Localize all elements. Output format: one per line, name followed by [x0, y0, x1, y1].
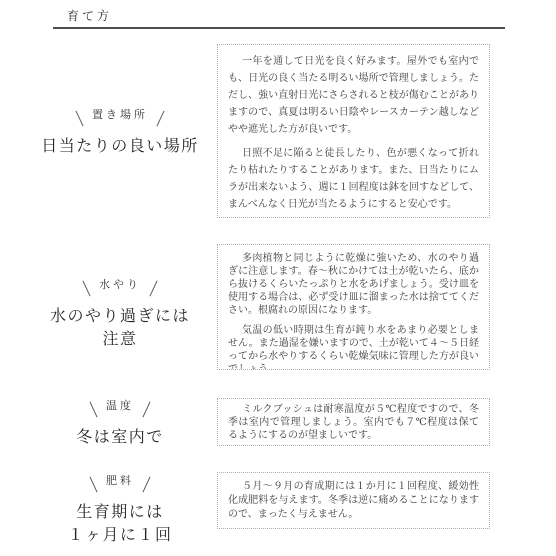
section-title: 水のやり過ぎには 注意: [20, 304, 220, 350]
section-title: 日当たりの良い場所: [20, 134, 220, 157]
paragraph: 日照不足に陥ると徒長したり、色が悪くなって折れたり枯れたりすることがあります。ま…: [228, 145, 479, 213]
section-title: 冬は室内で: [20, 425, 220, 448]
slash-right-icon: [142, 476, 150, 492]
section-title-line: 水のやり過ぎには: [20, 304, 220, 327]
care-note-watering: 多肉植物と同じように乾燥に強いため、水のやり過ぎに注意します。春～秋にかけては土…: [217, 244, 490, 370]
section-title-line: 冬は室内で: [20, 425, 220, 448]
care-note-fertilizer: ５月～９月の育成期には１か月に１回程度、緩効性化成肥料を与えます。冬季は逆に痛め…: [217, 472, 490, 529]
section-heading-watering: 水やり 水のやり過ぎには 注意: [20, 274, 220, 350]
section-heading-fertilizer: 肥料 生育期には １ヶ月に１回: [20, 470, 220, 546]
paragraph: 気温の低い時期は生育が鈍り水をあまり必要としません。また過湿を嫌いますので、土が…: [228, 324, 479, 370]
section-title: 生育期には １ヶ月に１回: [20, 500, 220, 546]
care-note-temperature: ミルクブッシュは耐寒温度が５℃程度ですので、冬季は室内で管理しましょう。室内でも…: [217, 398, 490, 446]
section-label: 肥料: [106, 472, 134, 488]
slash-right-icon: [156, 110, 164, 126]
section-label-row: 置き場所: [20, 104, 220, 124]
section-label-row: 肥料: [20, 470, 220, 490]
title-divider: [53, 27, 505, 29]
page-title: 育て方: [67, 7, 112, 24]
care-guide-page: 育て方 置き場所 日当たりの良い場所 一年を通して日光を良く好みます。屋外でも室…: [0, 0, 556, 556]
paragraph: ５月～９月の育成期には１か月に１回程度、緩効性化成肥料を与えます。冬季は逆に痛め…: [228, 480, 479, 522]
slash-left-icon: [75, 110, 83, 126]
section-title-line: 生育期には: [20, 500, 220, 523]
slash-left-icon: [89, 401, 97, 417]
section-label: 水やり: [99, 276, 141, 292]
section-heading-temperature: 温度 冬は室内で: [20, 395, 220, 448]
paragraph: ミルクブッシュは耐寒温度が５℃程度ですので、冬季は室内で管理しましょう。室内でも…: [228, 403, 479, 442]
section-label-row: 温度: [20, 395, 220, 415]
section-title-line: １ヶ月に１回: [20, 523, 220, 546]
slash-left-icon: [89, 476, 97, 492]
slash-left-icon: [82, 280, 90, 296]
section-label: 温度: [106, 397, 134, 413]
section-title-line: 注意: [20, 327, 220, 350]
section-title-line: 日当たりの良い場所: [20, 134, 220, 157]
section-label: 置き場所: [92, 106, 148, 122]
slash-right-icon: [142, 401, 150, 417]
section-heading-placement: 置き場所 日当たりの良い場所: [20, 104, 220, 157]
care-note-placement: 一年を通して日光を良く好みます。屋外でも室内でも、日光の良く当たる明るい場所で管…: [217, 44, 490, 218]
paragraph: 一年を通して日光を良く好みます。屋外でも室内でも、日光の良く当たる明るい場所で管…: [228, 53, 479, 138]
paragraph: 多肉植物と同じように乾燥に強いため、水のやり過ぎに注意します。春～秋にかけては土…: [228, 252, 479, 317]
section-label-row: 水やり: [20, 274, 220, 294]
slash-right-icon: [149, 280, 157, 296]
